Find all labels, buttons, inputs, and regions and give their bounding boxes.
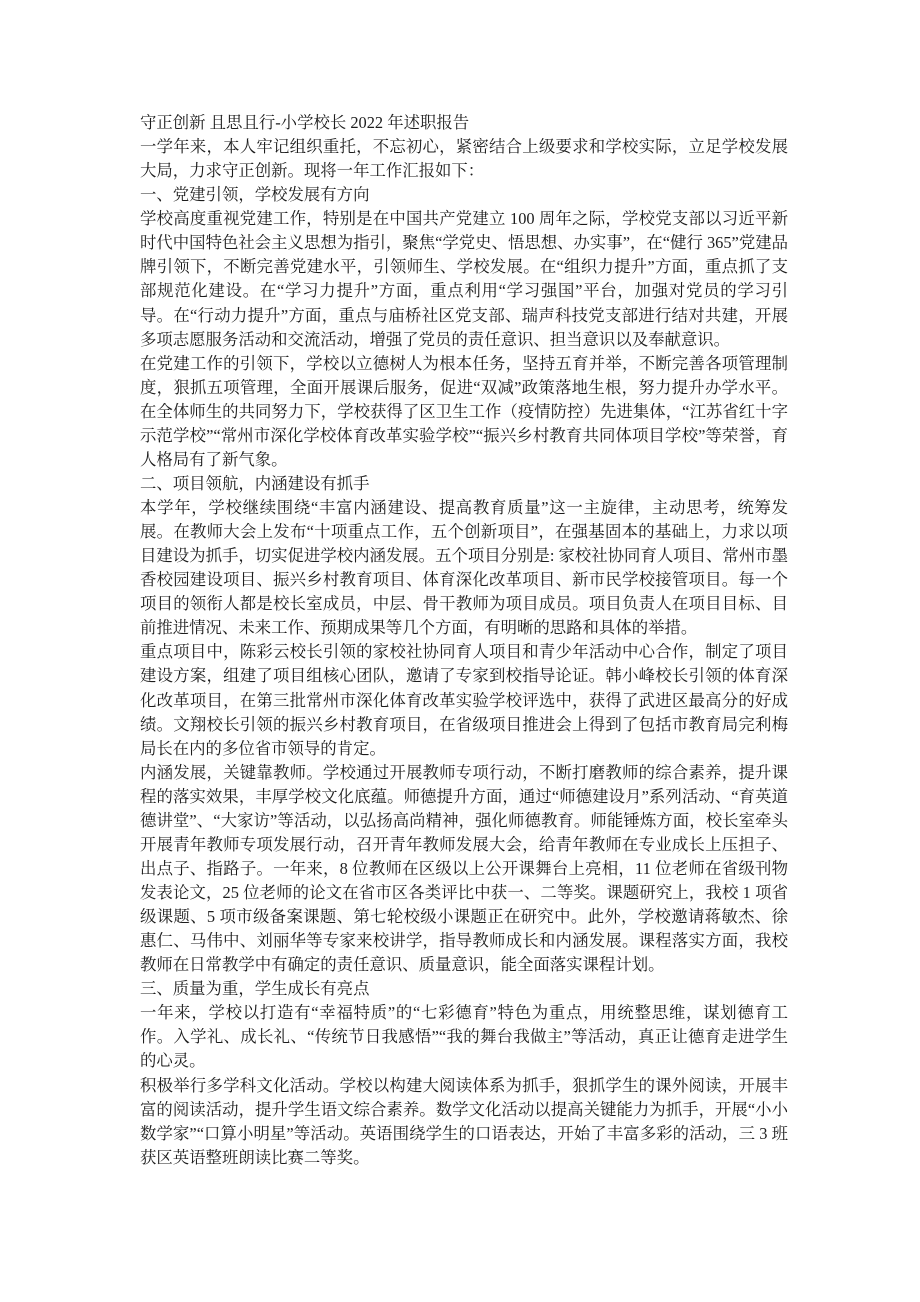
paragraph: 学校高度重视党建工作，特别是在中国共产党建立 100 周年之际，学校党支部以习近…: [140, 207, 788, 351]
document-page: 守正创新 且思且行-小学校长 2022 年述职报告 一学年来，本人牢记组织重托，…: [0, 0, 920, 1302]
paragraph: 在党建工作的引领下，学校以立德树人为根本任务，坚持五育并举，不断完善各项管理制度…: [140, 352, 788, 472]
paragraph: 本学年，学校继续围绕“丰富内涵建设、提高教育质量”这一主旋律，主动思考，统筹发展…: [140, 496, 788, 640]
paragraph: 一学年来，本人牢记组织重托，不忘初心，紧密结合上级要求和学校实际，立足学校发展大…: [140, 135, 788, 183]
section-heading: 一、党建引领，学校发展有方向: [140, 183, 788, 207]
paragraph: 内涵发展，关键靠教师。学校通过开展教师专项行动，不断打磨教师的综合素养，提升课程…: [140, 761, 788, 978]
paragraph: 重点项目中，陈彩云校长引领的家校社协同育人项目和青少年活动中心合作，制定了项目建…: [140, 640, 788, 760]
document-title: 守正创新 且思且行-小学校长 2022 年述职报告: [140, 111, 788, 135]
section-heading: 二、项目领航，内涵建设有抓手: [140, 472, 788, 496]
paragraph: 一年来，学校以打造有“幸福特质”的“七彩德育”特色为重点，用统整思维，谋划德育工…: [140, 1001, 788, 1073]
section-heading: 三、质量为重，学生成长有亮点: [140, 977, 788, 1001]
document-body: 守正创新 且思且行-小学校长 2022 年述职报告 一学年来，本人牢记组织重托，…: [140, 111, 788, 1170]
paragraph: 积极举行多学科文化活动。学校以构建大阅读体系为抓手，狠抓学生的课外阅读，开展丰富…: [140, 1074, 788, 1170]
